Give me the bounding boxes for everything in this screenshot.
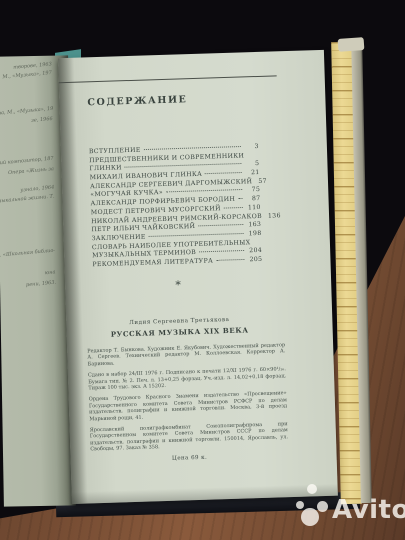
dot-leader	[205, 172, 242, 174]
toc-entry-page: 163	[246, 221, 261, 228]
dot-leader	[149, 233, 244, 237]
dot-leader	[198, 224, 243, 226]
toc-entry-page: 198	[246, 230, 261, 237]
avito-logo-circle	[317, 501, 328, 512]
left-page-text-fragment: юна	[45, 270, 56, 276]
dot-leader	[125, 163, 242, 168]
toc-entry-label: ВСТУПЛЕНИЕ	[89, 147, 141, 156]
dot-leader	[216, 259, 244, 261]
toc-entry-label: ЗАКЛЮЧЕНИЕ	[92, 233, 146, 242]
toc-entry-page: 3	[244, 143, 259, 150]
left-page-text-fragment: зе, 1966	[31, 117, 53, 124]
avito-logo-circle	[296, 501, 304, 509]
colophon: Редактор Т. Бынкова. Художник Е. Якубови…	[87, 342, 289, 464]
contents-page: СОДЕРЖАНИЕ ВСТУПЛЕНИЕ 3 ПРЕДШЕСТВЕННИКИ …	[58, 50, 338, 504]
left-page-text-fragment: Опера «Жизнь за	[8, 167, 54, 176]
header-rule	[59, 75, 277, 83]
toc-entry-page: 204	[247, 247, 262, 254]
left-page-text-fragment: узнало, 1964	[20, 185, 54, 193]
left-page-text-fragment: рени, 1963.	[26, 281, 56, 289]
toc-entry-label: ГЛИНКИ	[89, 165, 122, 173]
left-page-text-fragment: музыкальной жизни. Т.	[0, 194, 55, 204]
page-title: СОДЕРЖАНИЕ	[87, 94, 187, 108]
colophon-print-data: Сдано в набор 24/III 1976 г. Подписано к…	[88, 366, 287, 391]
toc-entry-page: 5	[244, 160, 259, 167]
dot-leader	[144, 146, 241, 150]
colophon-editors: Редактор Т. Бынкова. Художник Е. Якубови…	[87, 342, 286, 367]
avito-logo-circle	[301, 508, 319, 526]
toc-entry-page: 21	[245, 169, 260, 176]
left-page-text-fragment: М., «Музыка», 197	[3, 71, 53, 80]
colophon-publisher: Ордена Трудового Красного Знамени издате…	[89, 391, 288, 423]
toc-entry-page: 110	[246, 204, 261, 211]
section-separator-asterisk: *	[93, 276, 263, 294]
avito-logo-circle	[307, 484, 317, 494]
toc-entry-page: 57	[258, 177, 267, 184]
book-photo: творове, 1963 М., «Музыка», 197 ва, М., …	[0, 0, 405, 540]
toc-entry-page: 75	[245, 186, 260, 193]
dot-leader	[238, 198, 242, 199]
price-label: Цена 69 к.	[91, 452, 289, 464]
left-page-text-fragment: ва, М., «Музыка», 19	[0, 107, 53, 117]
table-of-contents: ВСТУПЛЕНИЕ 3 ПРЕДШЕСТВЕННИКИ И СОВРЕМЕНН…	[89, 143, 263, 270]
toc-entry-label: «МОГУЧАЯ КУЧКА»	[90, 189, 163, 198]
left-page-text-fragment: й. «Школьная библио-	[0, 249, 56, 259]
dot-leader	[166, 189, 242, 192]
toc-entry-page: 205	[247, 256, 262, 263]
toc-entry-page: 136	[268, 212, 281, 219]
dot-leader	[224, 207, 243, 209]
toc-entry-page: 87	[245, 195, 260, 202]
avito-watermark: Avito	[288, 480, 405, 538]
page-corner	[338, 37, 365, 52]
colophon-printing-house: Ярославский полиграфкомбинат Союзполигра…	[90, 421, 289, 453]
book-title: РУССКАЯ МУЗЫКА XIX ВЕКА	[85, 325, 275, 340]
dot-leader	[199, 250, 244, 252]
avito-watermark-text: Avito	[332, 497, 405, 523]
left-page-text-fragment: ский композитор, 187	[0, 157, 54, 167]
